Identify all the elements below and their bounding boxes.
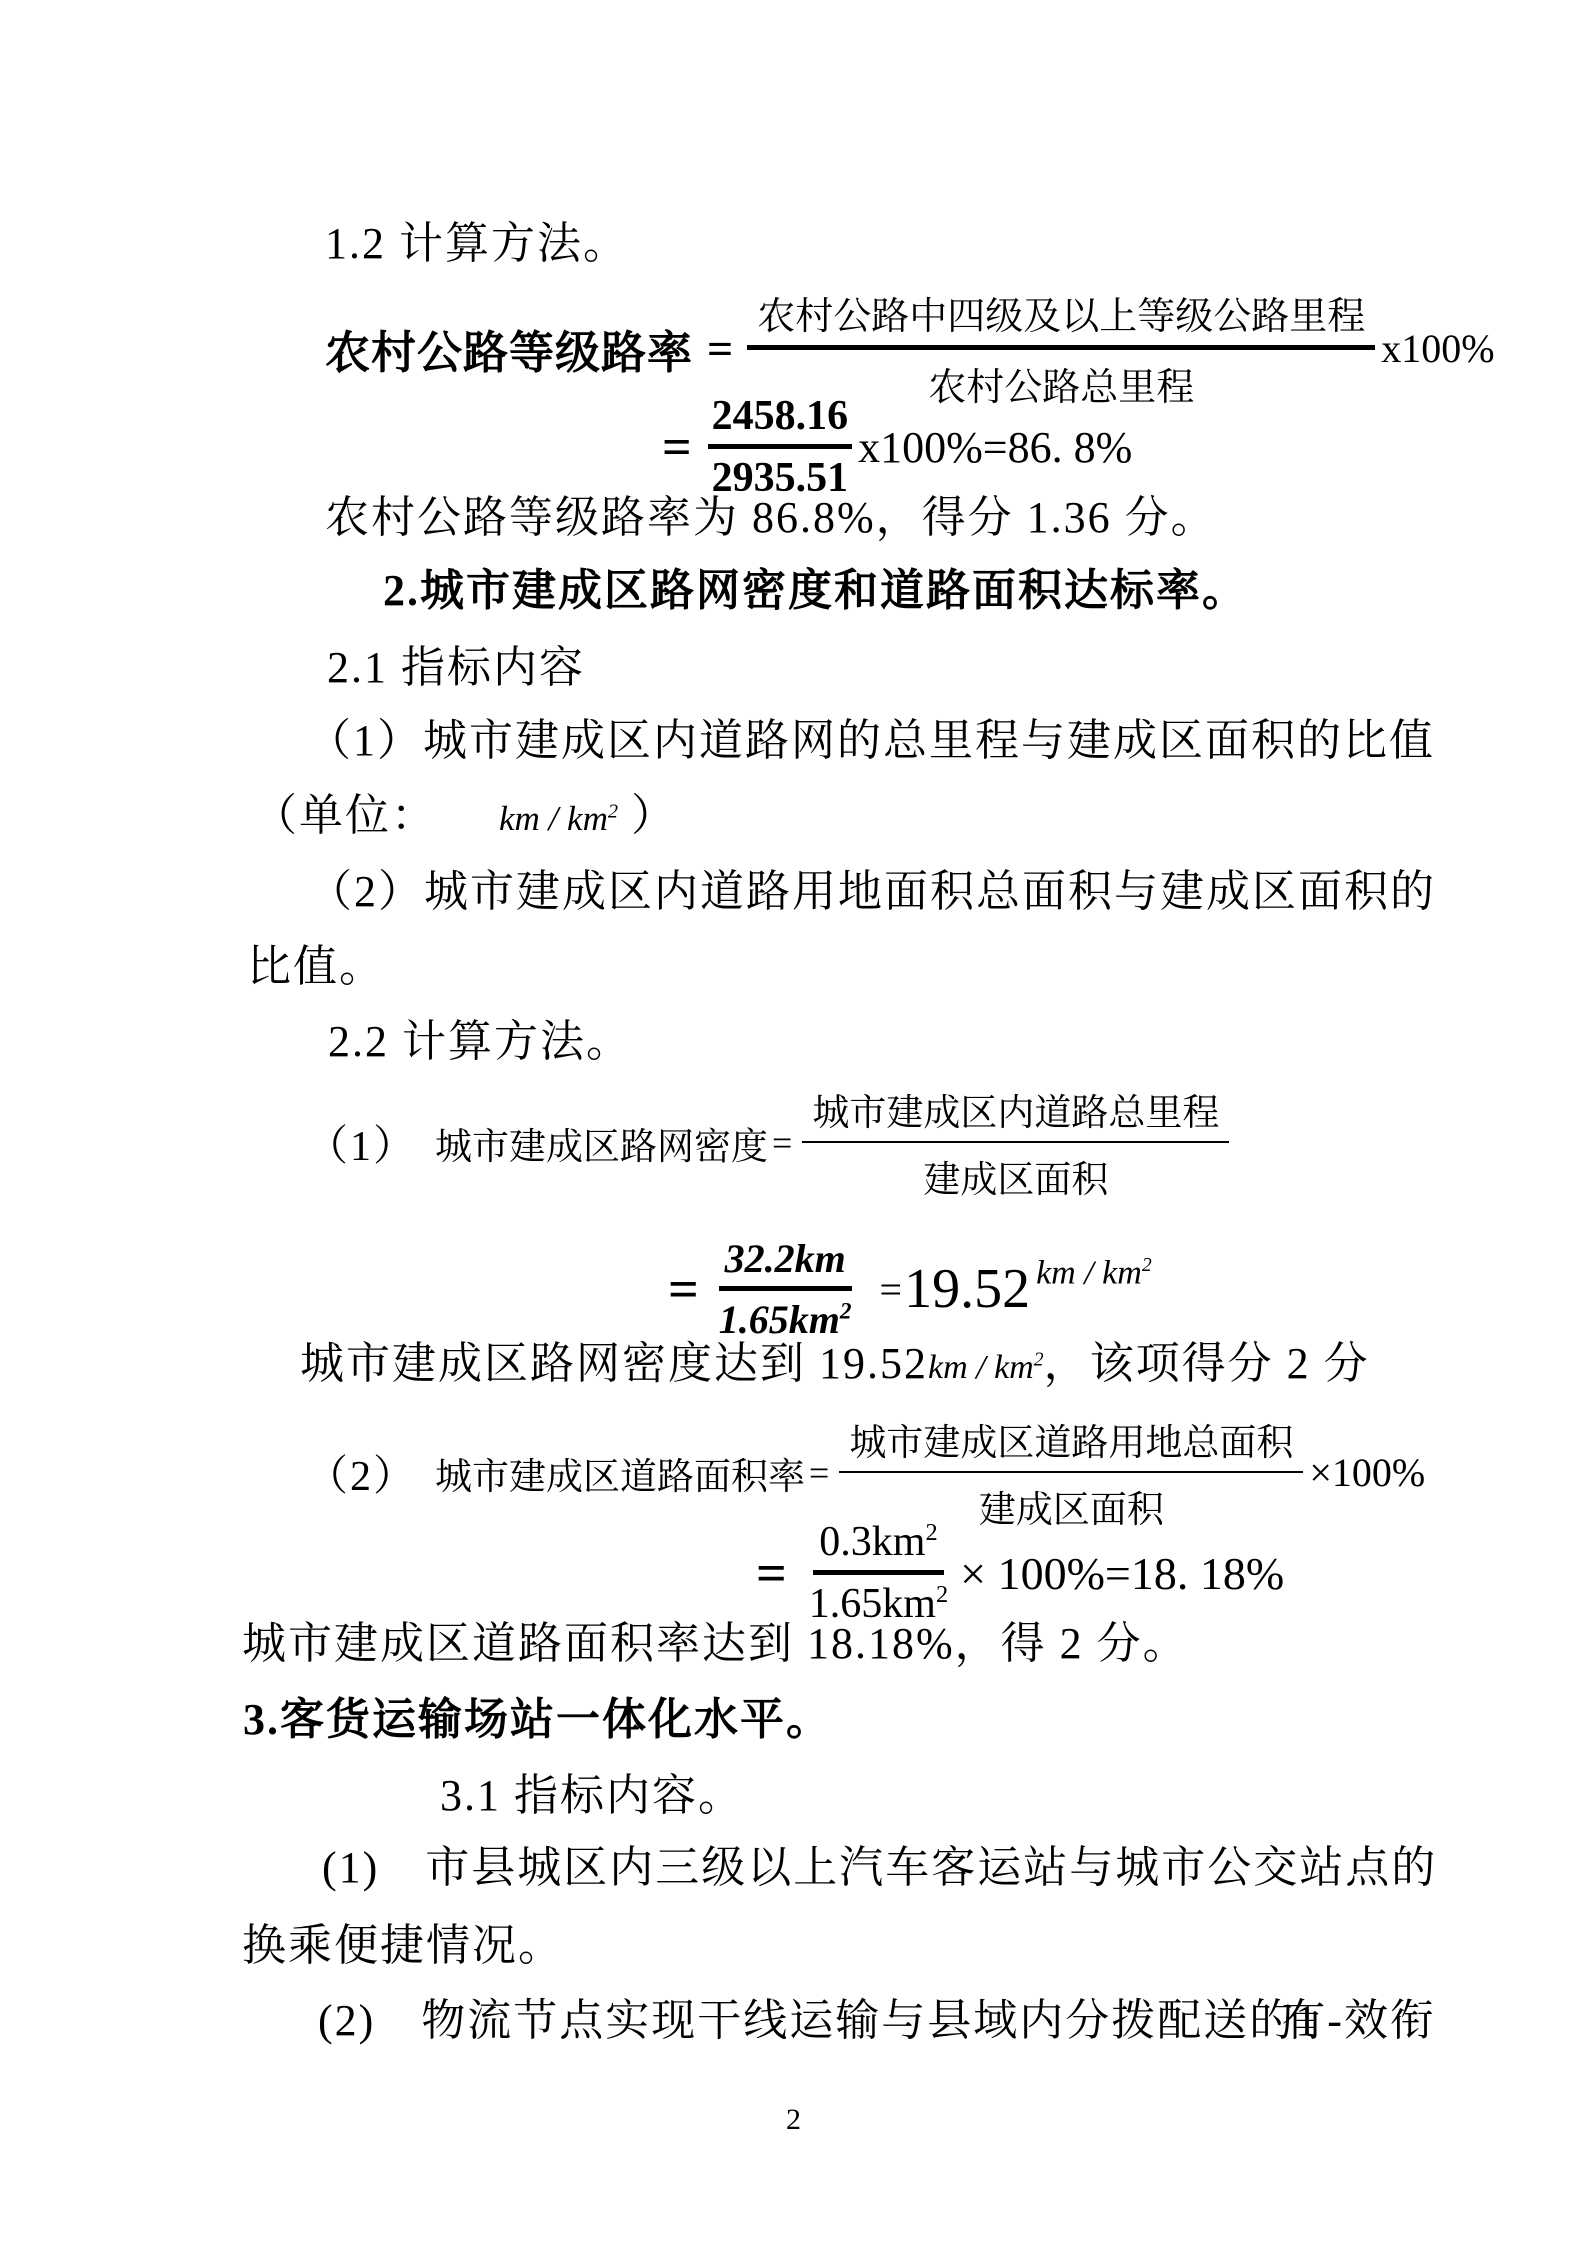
fraction-numerator: 2458.16 [708,392,853,449]
indicator-item-3-line-1: (1) 市县城区内三级以上汽车客运站与城市公交站点的 [322,1842,1437,1894]
item-4-rest: 有-效衔 [1281,1996,1436,2045]
formula-lhs: 农村公路等级路率 [325,316,693,381]
equals-sign: = [668,1258,699,1320]
section-3-heading: 3.客货运输场站一体化水平。 [243,1694,832,1746]
formula-road-area-rate: （2） 城市建成区道路面积率 = 城市建成区道路用地总面积 建成区面积 ×100… [306,1412,1425,1533]
item-4-prefix: (2) 物流节点实现干线运输与县域内分拨配送的 [318,1996,1295,2045]
score-2-prefix: 城市建成区路网密度达到 19.52 [300,1339,928,1388]
section-1-2-heading: 1.2 计算方法。 [325,218,629,270]
fraction: 城市建成区道路用地总面积 建成区面积 [839,1412,1303,1533]
equals-sign: = [772,1122,792,1164]
equals-sign: = [662,418,692,477]
indicator-item-1: （1）城市建成区内道路网的总里程与建成区面积的比值 [307,715,1435,767]
formula-result: 19.52 [904,1257,1030,1321]
indicator-item-4: (2) 物流节点实现干线运输与县域内分拨配送的1有-效衔 [318,1995,1436,2047]
fraction-numerator: 城市建成区道路用地总面积 [839,1412,1303,1473]
formula-road-area-rate-value: = 0.3km2 1.65km2 × 100%=18. 18% [756,1518,1284,1628]
fraction-denominator: 建成区面积 [913,1143,1118,1203]
unit-note-suffix: ） [631,791,677,840]
score-2-suffix: ，该项得分 2 分 [1044,1339,1370,1388]
multiplier: ×100% [1309,1449,1425,1496]
multiplier: x100% [1381,325,1494,372]
page-number: 2 [0,2103,1587,2137]
section-3-1-heading: 3.1 指标内容。 [440,1770,744,1822]
fraction-numerator: 城市建成区内道路总里程 [802,1082,1229,1143]
equals-sign: = [880,1266,903,1313]
fraction-denominator: 1.65km2 [713,1291,858,1343]
score-sentence-network-density: 城市建成区路网密度达到 19.52km / km2，该项得分 2 分 [300,1338,1370,1390]
indicator-item-2-line-1: （2）城市建成区内道路用地面积总面积与建成区面积的 [308,866,1436,918]
section-2-heading: 2.城市建成区路网密度和道路面积达标率。 [383,565,1248,617]
formula-road-network-density: （1） 城市建成区路网密度 = 城市建成区内道路总里程 建成区面积 [306,1082,1235,1203]
formula-lhs: 城市建成区路网密度 [435,1116,768,1170]
section-2-2-heading: 2.2 计算方法。 [328,1016,632,1068]
fraction: 2458.16 2935.51 [708,392,853,502]
formula-lhs: 城市建成区道路面积率 [435,1446,805,1500]
unit-km-per-km2: km / km2 [499,799,618,838]
fraction: 城市建成区内道路总里程 建成区面积 [802,1082,1229,1203]
result-unit-km-per-km2: km / km2 [1036,1254,1152,1292]
score-sentence-road-area: 城市建成区道路面积率达到 18.18%，得 2 分。 [242,1618,1189,1670]
formula-item-label: （1） [306,1113,417,1173]
fraction: 0.3km2 1.65km2 [803,1518,954,1628]
equals-sign: = [756,1542,787,1604]
score-sentence-rural-road: 农村公路等级路率为 86.8%，得分 1.36 分。 [325,492,1217,544]
fraction: 32.2km 1.65km2 [713,1235,858,1343]
fraction-numerator: 农村公路中四级及以上等级公路里程 [747,285,1375,350]
formula-item-label: （2） [306,1443,417,1503]
formula-rural-road-grade-rate-value: = 2458.16 2935.51 x100%=86. 8% [662,392,1132,502]
fraction-numerator: 32.2km [719,1235,852,1291]
indicator-item-2-line-2: 比值。 [247,941,385,993]
indicator-item-3-line-2: 换乘便捷情况。 [242,1920,564,1972]
formula-road-network-density-value: = 32.2km 1.65km2 = 19.52 km / km2 [668,1235,1152,1343]
section-2-1-heading: 2.1 指标内容 [327,642,585,694]
fraction-numerator: 0.3km2 [813,1518,943,1575]
inline-unit-km-per-km2: km / km2 [928,1349,1044,1386]
document-page: 1.2 计算方法。 农村公路等级路率 = 农村公路中四级及以上等级公路里程 农村… [0,0,1587,2245]
equals-sign: = [707,322,733,375]
equals-sign: = [809,1452,829,1494]
formula-result: × 100%=18. 18% [960,1547,1284,1600]
unit-note: （单位： km / km2 ） [253,790,677,842]
formula-result: x100%=86. 8% [858,422,1132,473]
unit-note-prefix: （单位： [253,791,437,840]
